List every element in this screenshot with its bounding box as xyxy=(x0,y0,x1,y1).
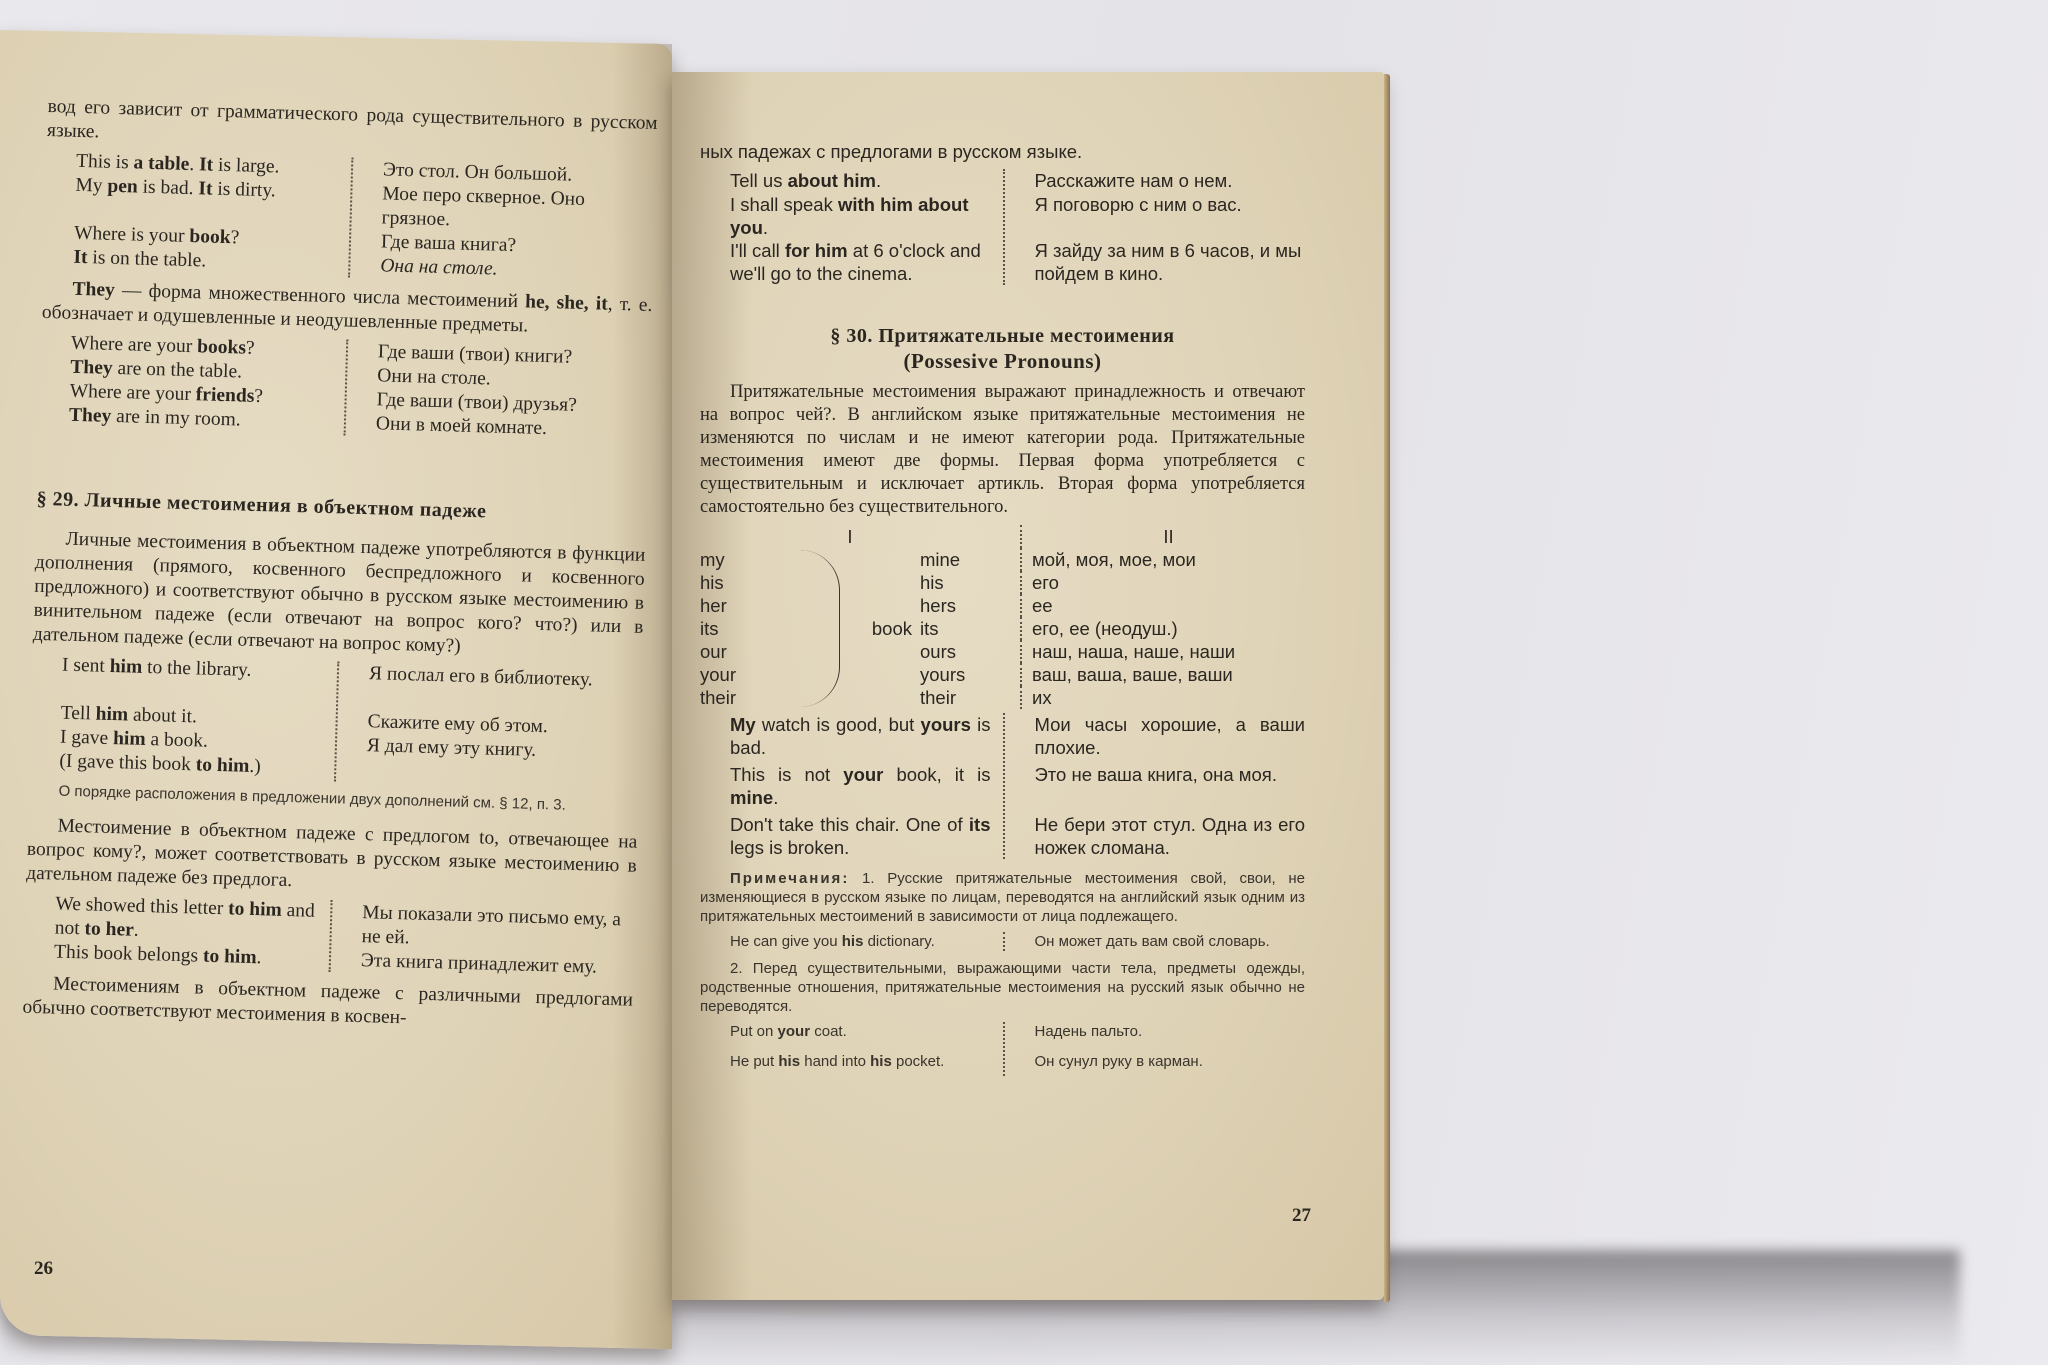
example-block-5: Tell us about him. I shall speak with hi… xyxy=(700,169,1305,285)
example-en: Put on your coat. xyxy=(730,1022,991,1046)
example-en: He put his hand into his pocket. xyxy=(730,1052,991,1076)
english-column: Put on your coat. He put his hand into h… xyxy=(700,1022,1003,1076)
form1-cell: his xyxy=(700,571,780,594)
example-block-4: We showed this letter to him and not to … xyxy=(24,892,636,981)
form1-cell: its xyxy=(700,617,780,640)
page-number-right: 27 xyxy=(1292,1205,1311,1227)
example-en: I shall speak with him about you. xyxy=(730,193,991,239)
example-block-3: I sent him to the library. Tell him abou… xyxy=(29,653,642,790)
form1-cell: your xyxy=(700,663,780,686)
form1-cell: their xyxy=(700,686,780,709)
page-number-left: 26 xyxy=(34,1258,53,1280)
english-column: Tell us about him. I shall speak with hi… xyxy=(700,169,1003,285)
form2-cell: ours xyxy=(920,640,1020,663)
example-en: We showed this letter to him and not to … xyxy=(54,893,318,948)
brace-icon xyxy=(780,550,840,707)
form1-cell: her xyxy=(700,594,780,617)
form2-cell: yours xyxy=(920,663,1020,686)
example-ru: Он сунул руку в карман. xyxy=(1035,1052,1306,1076)
russian-column: Надень пальто. Он сунул руку в карман. xyxy=(1003,1022,1306,1076)
possessive-pronouns-table: I II my book mine мой, моя, мое, мои his… xyxy=(700,525,1305,709)
english-column: I sent him to the library. Tell him abou… xyxy=(29,653,337,781)
form2-cell: his xyxy=(920,571,1020,594)
english-column: Where are your books? They are on the ta… xyxy=(39,331,347,435)
russian-column: Я послал его в библиотеку. Скажите ему о… xyxy=(334,661,642,789)
english-column: This is a table. It is large. My pen is … xyxy=(43,149,351,277)
translation-cell: ваш, ваша, ваше, ваши xyxy=(1020,663,1305,686)
section-29-paragraph: Личные местоимения в объектном падеже уп… xyxy=(33,527,646,664)
example-ru: Надень пальто. xyxy=(1035,1022,1306,1046)
left-page-content: вод его зависит от грамматического рода … xyxy=(22,95,658,1037)
english-column: He can give you his dictionary. xyxy=(700,932,1003,951)
russian-column: Расскажите нам о нем. Я поговорю с ним о… xyxy=(1003,169,1306,285)
example-block-6: My watch is good, but yours is bad. This… xyxy=(700,713,1305,859)
note-1-example: He can give you his dictionary. Он может… xyxy=(700,932,1305,951)
form2-cell: mine xyxy=(920,548,1020,571)
example-block-2: Where are your books? They are on the ta… xyxy=(39,331,651,444)
example-ru: Я поговорю с ним о вас. xyxy=(1035,193,1306,239)
example-ru: Мое перо скверное. Оно грязное. xyxy=(381,182,655,238)
translation-cell: наш, наша, наше, наши xyxy=(1020,640,1305,663)
translation-cell: мой, моя, мое, мои xyxy=(1020,548,1305,571)
example-en: Don't take this chair. One of its legs i… xyxy=(730,813,991,859)
column-header-form-1: I xyxy=(780,525,920,548)
example-en: Tell us about him. xyxy=(730,169,991,193)
form2-cell: their xyxy=(920,686,1020,709)
column-header-form-2: II xyxy=(1020,525,1305,548)
english-column: We showed this letter to him and not to … xyxy=(24,892,331,972)
section-29-heading: § 29. Личные местоимения в объектном пад… xyxy=(36,487,646,528)
example-ru: Мои часы хорошие, а ваши плохие. xyxy=(1035,713,1306,759)
continuation-paragraph: ных падежах с предлогами в русском языке… xyxy=(700,140,1305,163)
example-ru: Мы показали это письмо ему, а не ей. xyxy=(361,901,635,957)
note-2-examples: Put on your coat. He put his hand into h… xyxy=(700,1022,1305,1076)
right-page-content: ных падежах с предлогами в русском языке… xyxy=(700,140,1305,1084)
form1-cell: our xyxy=(700,640,780,663)
example-ru: Не бери этот стул. Одна из его ножек сло… xyxy=(1035,813,1306,859)
example-ru: Расскажите нам о нем. xyxy=(1035,169,1306,193)
russian-column: Где ваши (твои) книги? Они на столе. Где… xyxy=(344,339,652,443)
translation-cell: их xyxy=(1020,686,1305,709)
russian-column: Мои часы хорошие, а ваши плохие. Это не … xyxy=(1003,713,1306,859)
example-en: I'll call for him at 6 o'clock and we'll… xyxy=(730,239,991,285)
form1-cell: my xyxy=(700,548,780,571)
example-en: This is not your book, it is mine. xyxy=(730,763,991,809)
form2-cell: its xyxy=(920,617,1020,640)
notes-paragraph-1: Примечания: 1. Русские притяжательные ме… xyxy=(700,869,1305,926)
they-paragraph: They — форма множественного числа местои… xyxy=(42,277,653,342)
section-30-heading: § 30. Притяжательные местоимения xyxy=(700,325,1305,348)
translation-cell: ее xyxy=(1020,594,1305,617)
form2-cell: hers xyxy=(920,594,1020,617)
example-ru: Это не ваша книга, она моя. xyxy=(1035,763,1306,809)
russian-column: Он может дать вам свой словарь. xyxy=(1003,932,1306,951)
russian-column: Мы показали это письмо ему, а не ей. Эта… xyxy=(329,900,636,980)
translation-cell: его xyxy=(1020,571,1305,594)
translation-cell: его, ее (неодуш.) xyxy=(1020,617,1305,640)
notes-paragraph-2: 2. Перед существительными, выражающими ч… xyxy=(700,959,1305,1016)
example-block-1: This is a table. It is large. My pen is … xyxy=(43,149,656,286)
example-ru: Я послал его в библиотеку. xyxy=(368,662,642,718)
section-30-paragraph: Притяжательные местоимения выражают прин… xyxy=(700,381,1305,519)
english-column: My watch is good, but yours is bad. This… xyxy=(700,713,1003,859)
noun-cell: book xyxy=(840,617,920,640)
example-en: My watch is good, but yours is bad. xyxy=(730,713,991,759)
example-ru: Я зайду за ним в 6 часов, и мы пойдем в … xyxy=(1035,239,1306,285)
russian-column: Это стол. Он большой. Мое перо скверное.… xyxy=(348,157,656,285)
section-30-subheading: (Possesive Pronouns) xyxy=(700,350,1305,373)
